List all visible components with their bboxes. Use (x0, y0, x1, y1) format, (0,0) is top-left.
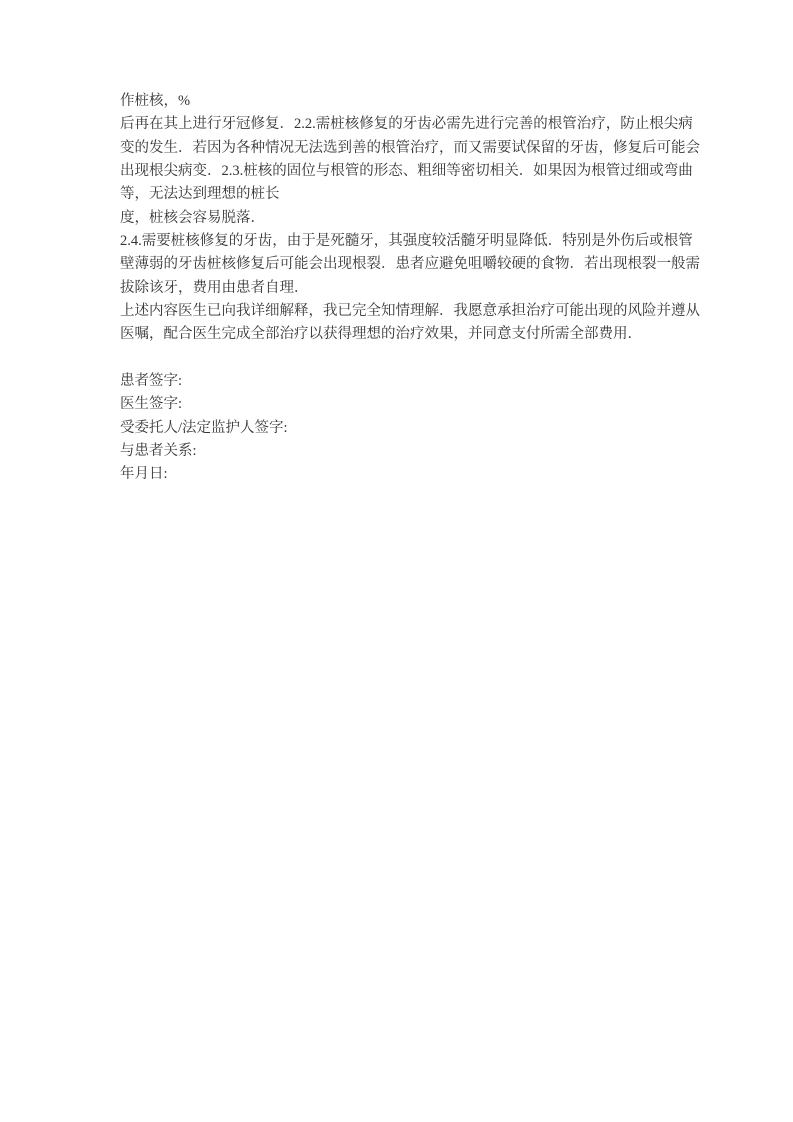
text-line: 医生签字: (120, 393, 678, 416)
consent-paragraph: 作桩核，%后再在其上进行牙冠修复．2.2.需桩核修复的牙齿必需先进行完善的根管治… (120, 90, 678, 347)
text-line: 后再在其上进行牙冠修复．2.2.需桩核修复的牙齿必需先进行完善的根管治疗，防止根… (120, 113, 678, 136)
text-line: 与患者关系: (120, 440, 678, 463)
text-line: 医嘱，配合医生完成全部治疗以获得理想的治疗效果，并同意支付所需全部费用． (120, 323, 678, 346)
text-line: 2.4.需要桩核修复的牙齿，由于是死髓牙，其强度较活髓牙明显降低．特别是外伤后或… (120, 230, 678, 253)
text-line: 变的发生．若因为各种情况无法选到善的根管治疗，而又需要试保留的牙齿，修复后可能会 (120, 137, 678, 160)
text-line: 等，无法达到理想的桩长 (120, 183, 678, 206)
text-line: 度，桩核会容易脱落． (120, 207, 678, 230)
text-line: 受委托人/法定监护人签字: (120, 417, 678, 440)
text-line: 上述内容医生已向我详细解释，我已完全知情理解．我愿意承担治疗可能出现的风险并遵从 (120, 300, 678, 323)
consent-text-block: 作桩核，%后再在其上进行牙冠修复．2.2.需桩核修复的牙齿必需先进行完善的根管治… (120, 90, 678, 487)
text-line: 患者签字: (120, 370, 678, 393)
text-line: 作桩核，% (120, 90, 678, 113)
text-line: 壁薄弱的牙齿桩核修复后可能会出现根裂．患者应避免咀嚼较硬的食物．若出现根裂一般需 (120, 253, 678, 276)
text-line: 拔除该牙，费用由患者自理． (120, 277, 678, 300)
document-page: 作桩核，%后再在其上进行牙冠修复．2.2.需桩核修复的牙齿必需先进行完善的根管治… (0, 0, 793, 1122)
text-line: 出现根尖病变．2.3.桩核的固位与根管的形态、粗细等密切相关．如果因为根管过细或… (120, 160, 678, 183)
text-line: 年月日: (120, 463, 678, 486)
signature-block: 患者签字:医生签字:受委托人/法定监护人签字:与患者关系:年月日: (120, 370, 678, 487)
